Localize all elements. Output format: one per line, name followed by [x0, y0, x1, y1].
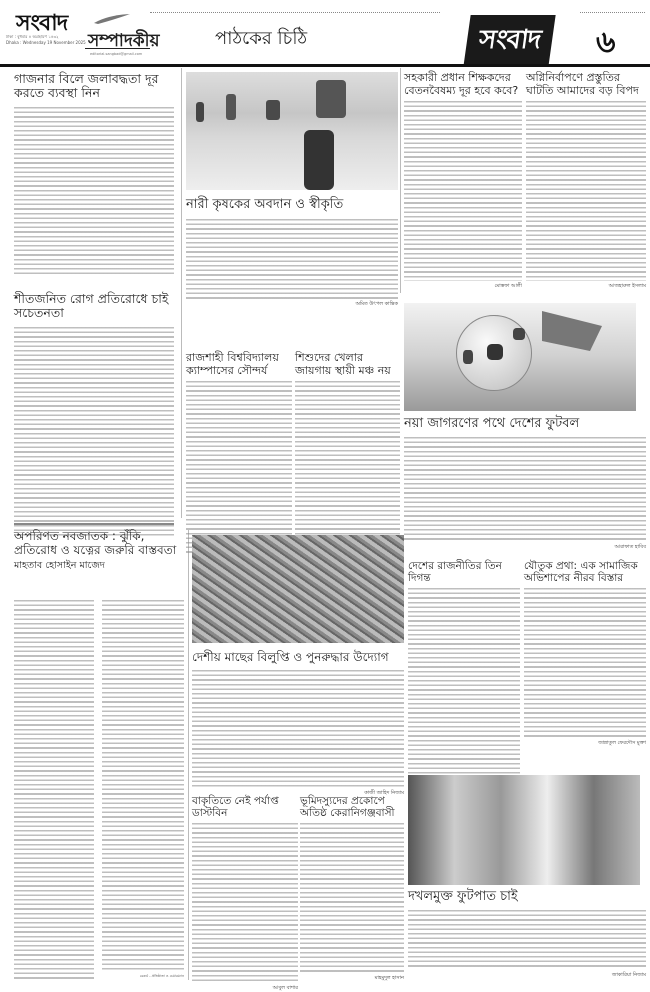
football-icon	[456, 315, 532, 391]
body-text	[408, 588, 520, 778]
article-newborn: অপরিণত নবজাতক : ঝুঁকি, প্রতিরোধ ও যত্নের…	[14, 530, 184, 572]
masthead-dotline-right	[580, 12, 645, 13]
byline: জাকারিয়া নিজাম	[408, 972, 646, 980]
body-text	[192, 823, 298, 983]
body-text	[404, 437, 646, 542]
quill-icon	[92, 10, 132, 22]
editorial-underline	[85, 48, 150, 49]
column-rule-1b	[188, 530, 189, 980]
flag-icon	[542, 311, 602, 361]
article-fish: দেশীয় মাছের বিলুপ্তি ও পুনরুদ্ধার উদ্যো…	[192, 535, 404, 798]
byline: মাহমুদুল হাসান	[300, 975, 404, 983]
byline: আজহারুল ইসলাম	[526, 283, 646, 291]
body-text	[186, 381, 292, 556]
body-text	[524, 588, 646, 738]
body-text	[14, 107, 174, 275]
byline: আবুল বাশার	[192, 985, 298, 992]
headline: শিশুদের খেলার জায়গায় স্থায়ী মঞ্চ নয়	[295, 352, 400, 377]
body-text	[192, 670, 404, 788]
column-rule-1	[181, 68, 182, 518]
masthead-date-en: Dhaka : Wednesday 19 November 2025	[6, 40, 86, 45]
byline: মোস্তফা আলী	[404, 283, 522, 291]
masthead: সংবাদ ঢাকা : বুধবার ৪ অগ্রহায়ণ ১৪৩২ Dha…	[0, 0, 650, 20]
body-text	[295, 381, 400, 556]
byline: জান্নাতুল ফেরদৌস মুক্তা	[524, 740, 646, 748]
headline: অপরিণত নবজাতক : ঝুঁকি, প্রতিরোধ ও যত্নের…	[14, 530, 184, 558]
masthead-rule	[0, 64, 650, 67]
editorial-2: শীতজনিত রোগ প্রতিরোধে চাই সচেতনতা	[14, 292, 174, 537]
body-col-1	[14, 600, 94, 980]
column-rule-2	[400, 68, 401, 293]
section-title-letters: পাঠকের চিঠি	[215, 24, 307, 55]
photo-farmers	[186, 72, 398, 190]
article-politics: দেশের রাজনীতির তিন দিগন্ত তাহমিদ হাসান	[408, 560, 520, 788]
headline: দেশের রাজনীতির তিন দিগন্ত	[408, 560, 520, 584]
headline: ভূমিদস্যুদের প্রকোপে অতিষ্ঠ কেরানিগঞ্জবা…	[300, 795, 404, 819]
masthead-email: editorial.sangbad@gmail.com	[90, 52, 142, 56]
editorial-1: গাজনার বিলে জলাবদ্ধতা দূর করতে ব্যবস্থা …	[14, 72, 174, 275]
body-text	[526, 101, 646, 281]
photo-football	[404, 303, 636, 411]
headline: যৌতুক প্রথা: এক সামাজিক অভিশাপের নীরব বি…	[524, 560, 646, 584]
article-dustbin: বাকৃতিতে নেই পর্যাপ্ত ডাস্টবিন আবুল বাশা…	[192, 795, 298, 992]
body-text	[186, 219, 398, 299]
masthead-logo-right: সংবাদ	[463, 15, 555, 67]
article-landgrabbers: ভূমিদস্যুদের প্রকোপে অতিষ্ঠ কেরানিগঞ্জবা…	[300, 795, 404, 983]
body-col-2	[102, 600, 184, 970]
byline: আরাফাত হাবিব	[404, 544, 646, 552]
headline: রাজশাহী বিশ্ববিদ্যালয় ক্যাম্পাসের সৌন্দ…	[186, 352, 292, 377]
article-footpath: দখলমুক্ত ফুটপাত চাই জাকারিয়া নিজাম	[408, 775, 646, 980]
headline: দেশীয় মাছের বিলুপ্তি ও পুনরুদ্ধার উদ্যো…	[192, 651, 404, 665]
headline: অগ্নিনির্বাপণে প্রস্তুতির ঘাটতি আমাদের ব…	[526, 72, 646, 97]
headline: দখলমুক্ত ফুটপাত চাই	[408, 890, 646, 905]
headline: গাজনার বিলে জলাবদ্ধতা দূর করতে ব্যবস্থা …	[14, 72, 174, 101]
body-text	[408, 910, 646, 970]
body-text	[14, 327, 174, 537]
headline: শীতজনিত রোগ প্রতিরোধে চাই সচেতনতা	[14, 292, 174, 321]
page-number: ৬	[596, 18, 616, 69]
photo-footpath	[408, 775, 640, 885]
body-text	[300, 823, 404, 973]
author: মাহতাব হোসাইন মাজেদ	[14, 561, 184, 572]
article-football: নয়া জাগরণের পথে দেশের ফুটবল আরাফাত হাবি…	[404, 303, 646, 552]
article-women-farmers: নারী কৃষকের অবদান ও স্বীকৃতি অমিত উৎপল ক…	[186, 72, 398, 309]
masthead-dotline-left	[150, 12, 440, 13]
body-text	[404, 101, 522, 281]
article-teachers: সহকারী প্রধান শিক্ষকদের বেতনবৈষম্য দূর হ…	[404, 72, 522, 291]
headline: নয়া জাগরণের পথে দেশের ফুটবল	[404, 417, 646, 432]
article-fire: অগ্নিনির্বাপণে প্রস্তুতির ঘাটতি আমাদের ব…	[526, 72, 646, 291]
photo-fish	[192, 535, 404, 643]
headline: নারী কৃষকের অবদান ও স্বীকৃতি	[186, 198, 398, 213]
byline: রেকর্ড - প্রতিষ্ঠাতা ও চেয়ারম্যান	[102, 974, 184, 980]
byline: অমিত উৎপল কান্তিক	[186, 301, 398, 309]
headline: বাকৃতিতে নেই পর্যাপ্ত ডাস্টবিন	[192, 795, 298, 819]
headline: সহকারী প্রধান শিক্ষকদের বেতনবৈষম্য দূর হ…	[404, 72, 522, 97]
article-dowry: যৌতুক প্রথা: এক সামাজিক অভিশাপের নীরব বি…	[524, 560, 646, 748]
section-divider	[14, 523, 174, 525]
